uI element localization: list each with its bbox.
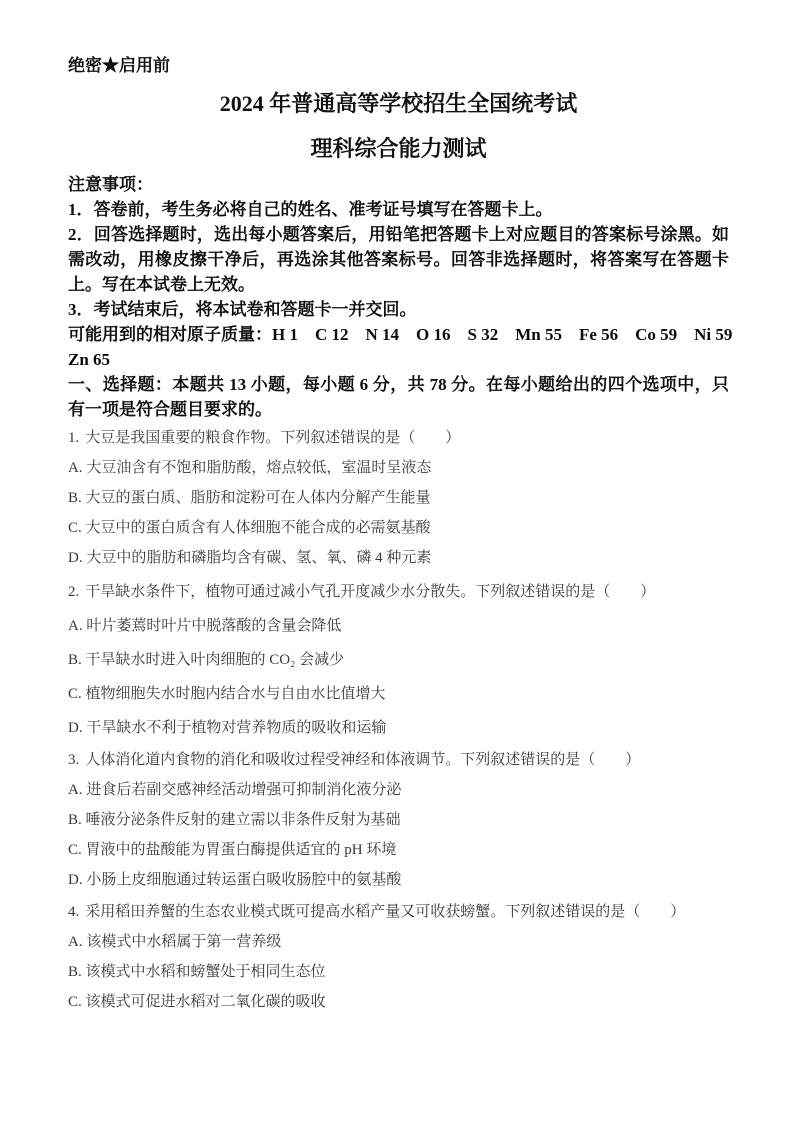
question-option-c: C. 大豆中的蛋白质含有人体细胞不能合成的必需氨基酸 <box>68 518 729 538</box>
question-option-a: A. 进食后若副交感神经活动增强可抑制消化液分泌 <box>68 780 729 800</box>
question-option-c: C. 该模式可促进水稻对二氧化碳的吸收 <box>68 992 729 1012</box>
question-2: 2.干旱缺水条件下，植物可通过减小气孔开度减少水分散失。下列叙述错误的是（ ） … <box>68 582 729 738</box>
front-matter: 注意事项： 1．答卷前，考生务必将自己的姓名、准考证号填写在答题卡上。 2．回答… <box>68 172 729 422</box>
question-option-a: A. 该模式中水稻属于第一营养级 <box>68 932 729 952</box>
question-stem: 1.大豆是我国重要的粮食作物。下列叙述错误的是（ ） <box>68 428 729 448</box>
question-stem-text: 采用稻田养蟹的生态农业模式既可提高水稻产量又可收获螃蟹。下列叙述错误的是（ ） <box>85 904 685 920</box>
question-option-b: B. 大豆的蛋白质、脂肪和淀粉可在人体内分解产生能量 <box>68 488 729 508</box>
question-option-d: D. 大豆中的脂肪和磷脂均含有碳、氢、氧、磷 4 种元素 <box>68 548 729 568</box>
question-number: 1. <box>68 430 79 446</box>
notice-item: 1．答卷前，考生务必将自己的姓名、准考证号填写在答题卡上。 <box>68 197 729 222</box>
question-option-c: C. 植物细胞失水时胞内结合水与自由水比值增大 <box>68 684 729 704</box>
question-option-c: C. 胃液中的盐酸能为胃蛋白酶提供适宜的 pH 环境 <box>68 840 729 860</box>
question-stem-text: 人体消化道内食物的消化和吸收过程受神经和体液调节。下列叙述错误的是（ ） <box>85 752 640 768</box>
question-option-a: A. 大豆油含有不饱和脂肪酸，熔点较低，室温时呈液态 <box>68 458 729 478</box>
security-label: 绝密★启用前 <box>68 56 729 76</box>
question-3: 3.人体消化道内食物的消化和吸收过程受神经和体液调节。下列叙述错误的是（ ） A… <box>68 750 729 890</box>
question-1: 1.大豆是我国重要的粮食作物。下列叙述错误的是（ ） A. 大豆油含有不饱和脂肪… <box>68 428 729 568</box>
question-4: 4.采用稻田养蟹的生态农业模式既可提高水稻产量又可收获螃蟹。下列叙述错误的是（ … <box>68 902 729 1012</box>
question-option-d: D. 干旱缺水不利于植物对营养物质的吸收和运输 <box>68 718 729 738</box>
question-option-b: B. 该模式中水稻和螃蟹处于相同生态位 <box>68 962 729 982</box>
section-heading: 一、选择题：本题共 13 小题，每小题 6 分，共 78 分。在每小题给出的四个… <box>68 372 729 422</box>
notices-heading: 注意事项： <box>68 172 729 197</box>
question-stem: 2.干旱缺水条件下，植物可通过减小气孔开度减少水分散失。下列叙述错误的是（ ） <box>68 582 729 602</box>
question-stem: 3.人体消化道内食物的消化和吸收过程受神经和体液调节。下列叙述错误的是（ ） <box>68 750 729 770</box>
question-stem-text: 干旱缺水条件下，植物可通过减小气孔开度减少水分散失。下列叙述错误的是（ ） <box>85 584 655 600</box>
questions-list: 1.大豆是我国重要的粮食作物。下列叙述错误的是（ ） A. 大豆油含有不饱和脂肪… <box>68 428 729 1012</box>
question-number: 2. <box>68 584 79 600</box>
question-option-b: B. 干旱缺水时进入叶肉细胞的 CO₂ 会减少 <box>68 650 729 670</box>
notice-item: 3．考试结束后，将本试卷和答题卡一并交回。 <box>68 297 729 322</box>
question-option-b: B. 唾液分泌条件反射的建立需以非条件反射为基础 <box>68 810 729 830</box>
question-number: 3. <box>68 752 79 768</box>
question-stem: 4.采用稻田养蟹的生态农业模式既可提高水稻产量又可收获螃蟹。下列叙述错误的是（ … <box>68 902 729 922</box>
exam-title: 2024 年普通高等学校招生全国统考试 <box>68 91 729 117</box>
exam-subtitle: 理科综合能力测试 <box>68 136 729 161</box>
question-number: 4. <box>68 904 79 920</box>
exam-paper-page: 绝密★启用前 2024 年普通高等学校招生全国统考试 理科综合能力测试 注意事项… <box>0 0 793 1122</box>
atomic-masses-line-1: 可能用到的相对原子质量：H 1 C 12 N 14 O 16 S 32 Mn 5… <box>68 322 729 347</box>
notice-item: 2．回答选择题时，选出每小题答案后，用铅笔把答题卡上对应题目的答案标号涂黑。如需… <box>68 222 729 297</box>
question-option-d: D. 小肠上皮细胞通过转运蛋白吸收肠腔中的氨基酸 <box>68 870 729 890</box>
atomic-masses-line-2: Zn 65 <box>68 347 729 372</box>
question-stem-text: 大豆是我国重要的粮食作物。下列叙述错误的是（ ） <box>85 430 460 446</box>
question-option-a: A. 叶片萎蔫时叶片中脱落酸的含量会降低 <box>68 616 729 636</box>
